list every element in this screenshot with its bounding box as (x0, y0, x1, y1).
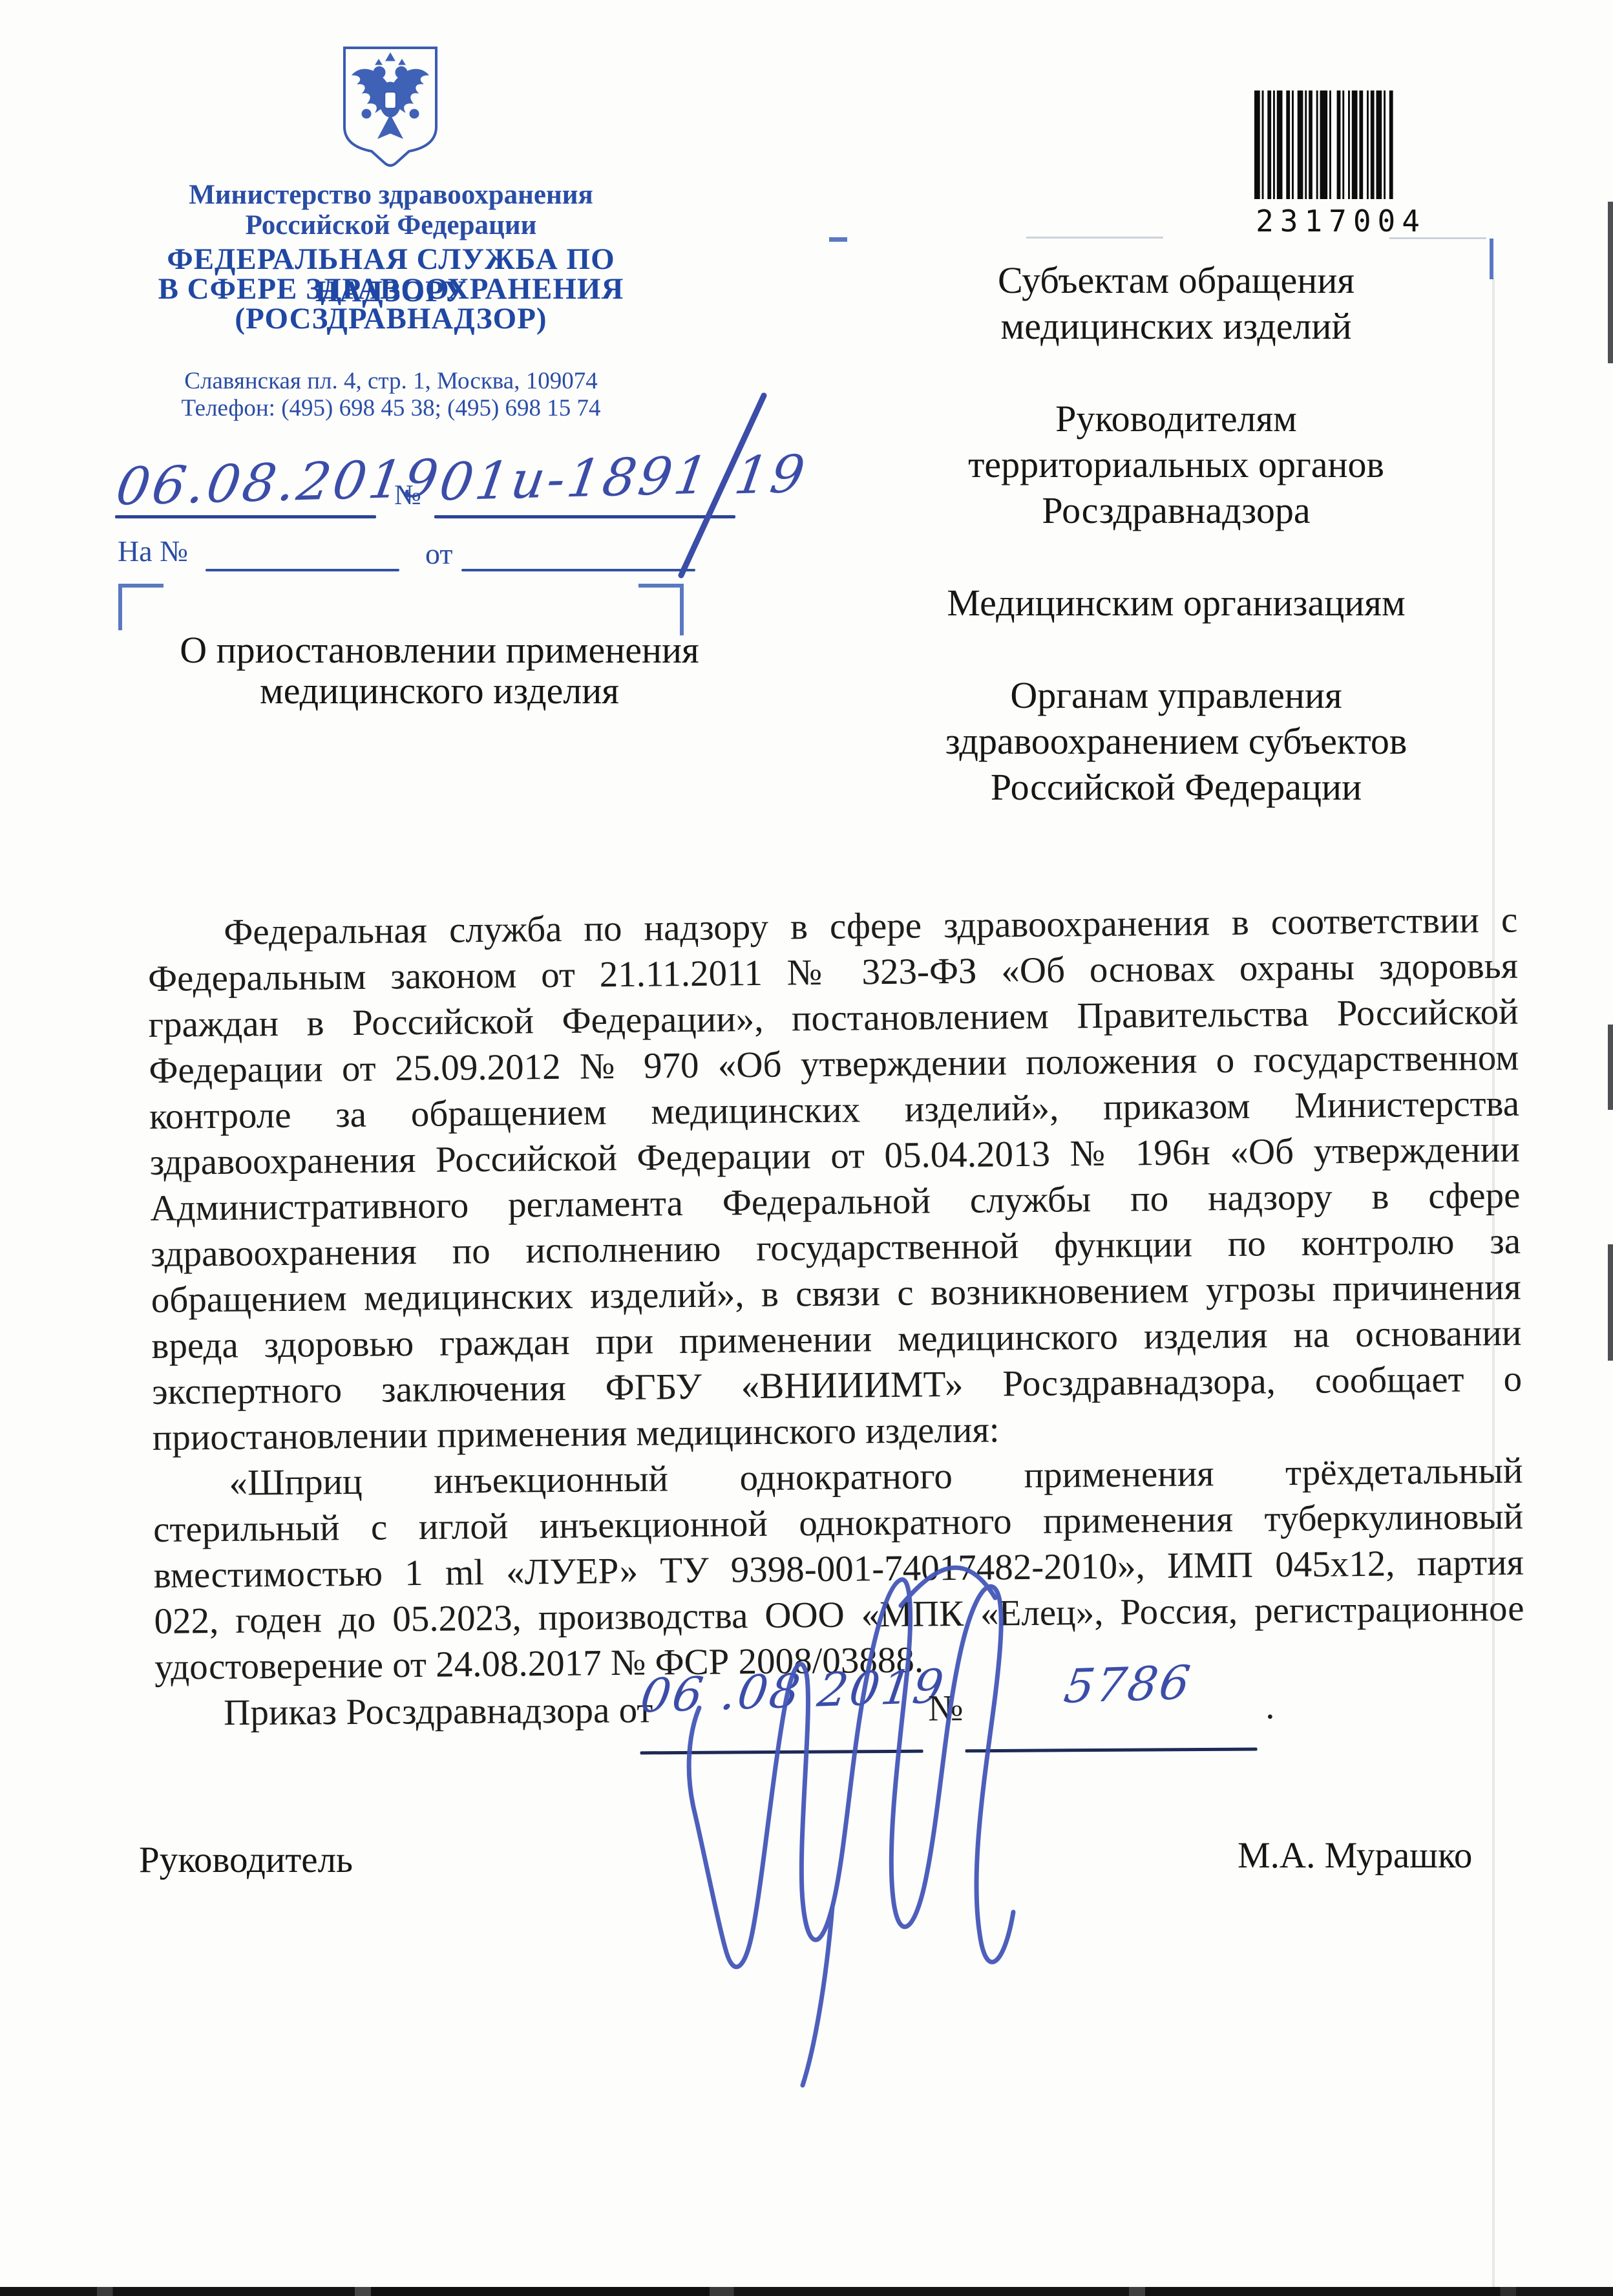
addressee-line: Росздравнадзора (840, 487, 1512, 533)
addressee-line: здравоохранением субъектов (840, 718, 1512, 764)
number-sign: № (394, 478, 421, 511)
subject-bracket-left-top (118, 584, 163, 588)
scan-faint-line-2 (1389, 237, 1486, 239)
barcode-number: 2317004 (1250, 204, 1431, 239)
addressee-column: Субъектам обращениямедицинских изделийРу… (840, 257, 1512, 856)
scan-edge-artifact-2 (1608, 1025, 1613, 1110)
subject-line2: медицинского изделия (162, 671, 717, 711)
letterhead-address: Славянская пл. 4, стр. 1, Москва, 109074 (145, 367, 637, 395)
addressee-block: Руководителямтерриториальных органовРосз… (840, 396, 1512, 533)
eagle-center-shield (385, 92, 396, 109)
addressee-line: медицинских изделий (840, 303, 1512, 349)
document-barcode: 2317004 (1250, 90, 1431, 226)
subject-line1: О приостановлении применения (162, 630, 717, 670)
scanned-letter-page: { "letterhead": { "ministry_line1": "Мин… (0, 0, 1613, 2296)
addressee-block: Субъектам обращениямедицинских изделий (840, 257, 1512, 349)
scan-edge-artifact-1 (1608, 202, 1613, 363)
subject-bracket-right-top (638, 584, 684, 588)
addressee-line: Медицинским организациям (840, 580, 1512, 626)
subject-bracket-left-side (118, 584, 122, 630)
order-suffix-period: . (1265, 1685, 1275, 1727)
outgoing-number-year-handwritten: 19 (731, 444, 811, 506)
addressee-line: территориальных органов (840, 441, 1512, 487)
reply-from-label: от (425, 537, 453, 571)
reply-to-label: На № (118, 534, 188, 568)
barcode-bars (1253, 90, 1429, 199)
addressee-line: Российской Федерации (840, 764, 1512, 810)
scan-faint-line-1 (1026, 237, 1163, 239)
scan-fold-line (1492, 278, 1495, 2287)
addressee-line: Субъектам обращения (840, 257, 1512, 303)
ministry-name-line2: Российской Федерации (145, 210, 637, 240)
signature-scribble (659, 1538, 1086, 2120)
date-underline (115, 515, 376, 518)
scan-edge-artifact-3 (1608, 1244, 1613, 1361)
scanner-bottom-edge (0, 2287, 1613, 2296)
signer-name: М.А. Мурашко (1238, 1834, 1472, 1876)
letterhead-phone: Телефон: (495) 698 45 38; (495) 698 15 7… (145, 394, 637, 422)
service-name-line2: В СФЕРЕ ЗДРАВООХРАНЕНИЯ (145, 273, 637, 305)
addressee-line: Органам управления (840, 672, 1512, 718)
reply-number-blank-line (206, 569, 399, 571)
reply-date-blank-line (461, 569, 695, 571)
addressee-block: Органам управленияздравоохранением субъе… (840, 672, 1512, 810)
addressee-block: Медицинским организациям (840, 580, 1512, 626)
order-prefix: Приказ Росздравнадзора от (224, 1689, 653, 1734)
subject-bracket-right-side (680, 584, 684, 635)
coat-of-arms-emblem (338, 44, 443, 168)
service-name-line3: (РОСЗДРАВНАДЗОР) (145, 303, 637, 335)
address-zone-mark-left (829, 237, 847, 242)
ministry-name-line1: Министерство здравоохранения (145, 180, 637, 210)
addressee-line: Руководителям (840, 396, 1512, 441)
signer-position-label: Руководитель (139, 1839, 353, 1881)
